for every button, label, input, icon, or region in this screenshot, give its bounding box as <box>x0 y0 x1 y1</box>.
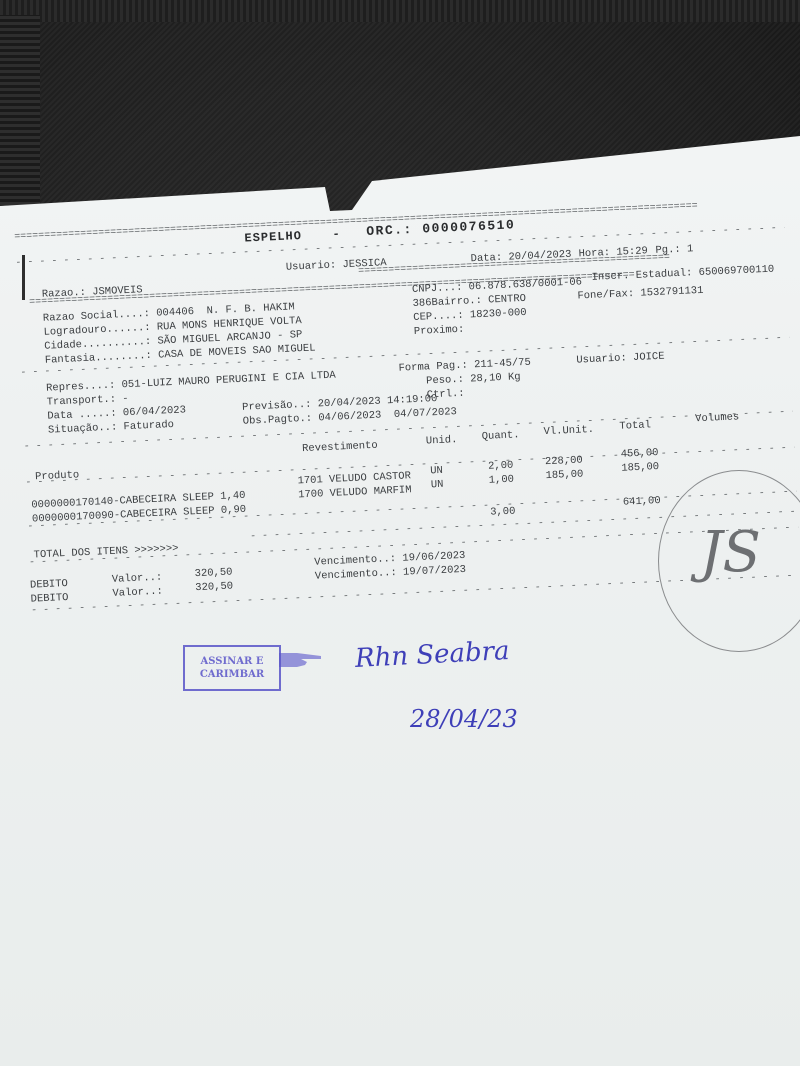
payment-valor-label: Valor..: <box>112 572 163 586</box>
col-header-volumes: Volumes <box>695 411 740 425</box>
row-vl-unit: 185,00 <box>545 468 583 482</box>
handwritten-signature: Rhn Seabra <box>354 636 510 674</box>
client-cep: CEP....: 18230-000 <box>413 307 527 324</box>
col-header-vl-unit: Vl.Unit. <box>543 424 594 438</box>
stamp-line-1: ASSINAR E <box>201 655 264 668</box>
client-fone-fax: Fone/Fax: 1532791131 <box>577 285 703 303</box>
orc-number: 0000076510 <box>422 217 516 236</box>
row-unid: UN <box>431 479 444 492</box>
payment-valor: 320,50 <box>195 580 233 594</box>
row-vl-unit: 228,00 <box>545 454 583 468</box>
col-header-unid: Unid. <box>426 434 458 447</box>
total-quant: 3,00 <box>490 506 516 519</box>
order-usuario: Usuario: JOICE <box>576 351 665 367</box>
row-total: 185,00 <box>621 461 659 475</box>
client-inscr-estadual: Inscr. Estadual: 650069700110 <box>591 264 774 284</box>
row-total: 456,00 <box>620 447 658 461</box>
order-transport: Transport.: - <box>47 393 129 409</box>
col-header-total: Total <box>619 419 651 432</box>
row-quant: 2,00 <box>488 460 514 473</box>
bag-strap-top <box>0 0 800 22</box>
row-revestimento: 1700 VELUDO MARFIM <box>298 484 412 501</box>
title-dash: - <box>332 227 341 241</box>
total-value: 641,00 <box>623 495 661 509</box>
orc-label: ORC.: <box>366 222 413 239</box>
document-body: ========================================… <box>14 196 800 232</box>
sign-and-stamp-box: ASSINAR E CARIMBAR <box>183 645 281 691</box>
pointing-hand-icon <box>277 650 325 670</box>
payment-valor-label: Valor..: <box>112 586 163 600</box>
col-header-quant: Quant. <box>482 429 520 443</box>
row-unid: UN <box>430 465 443 478</box>
handwritten-initials: JS <box>700 520 761 585</box>
bag-strap-left <box>0 15 40 205</box>
handwritten-date: 28/04/23 <box>410 705 518 733</box>
document-title: ESPELHO <box>244 229 302 246</box>
stamp-line-2: CARIMBAR <box>200 668 264 681</box>
client-proximo: Proximo: <box>414 324 465 338</box>
order-peso: Peso.: 28,10 Kg <box>426 371 521 387</box>
row-quant: 1,00 <box>488 474 514 487</box>
payment-valor: 320,50 <box>194 566 232 580</box>
col-header-revestimento: Revestimento <box>302 440 378 455</box>
payment-tipo: DEBITO <box>30 578 68 592</box>
